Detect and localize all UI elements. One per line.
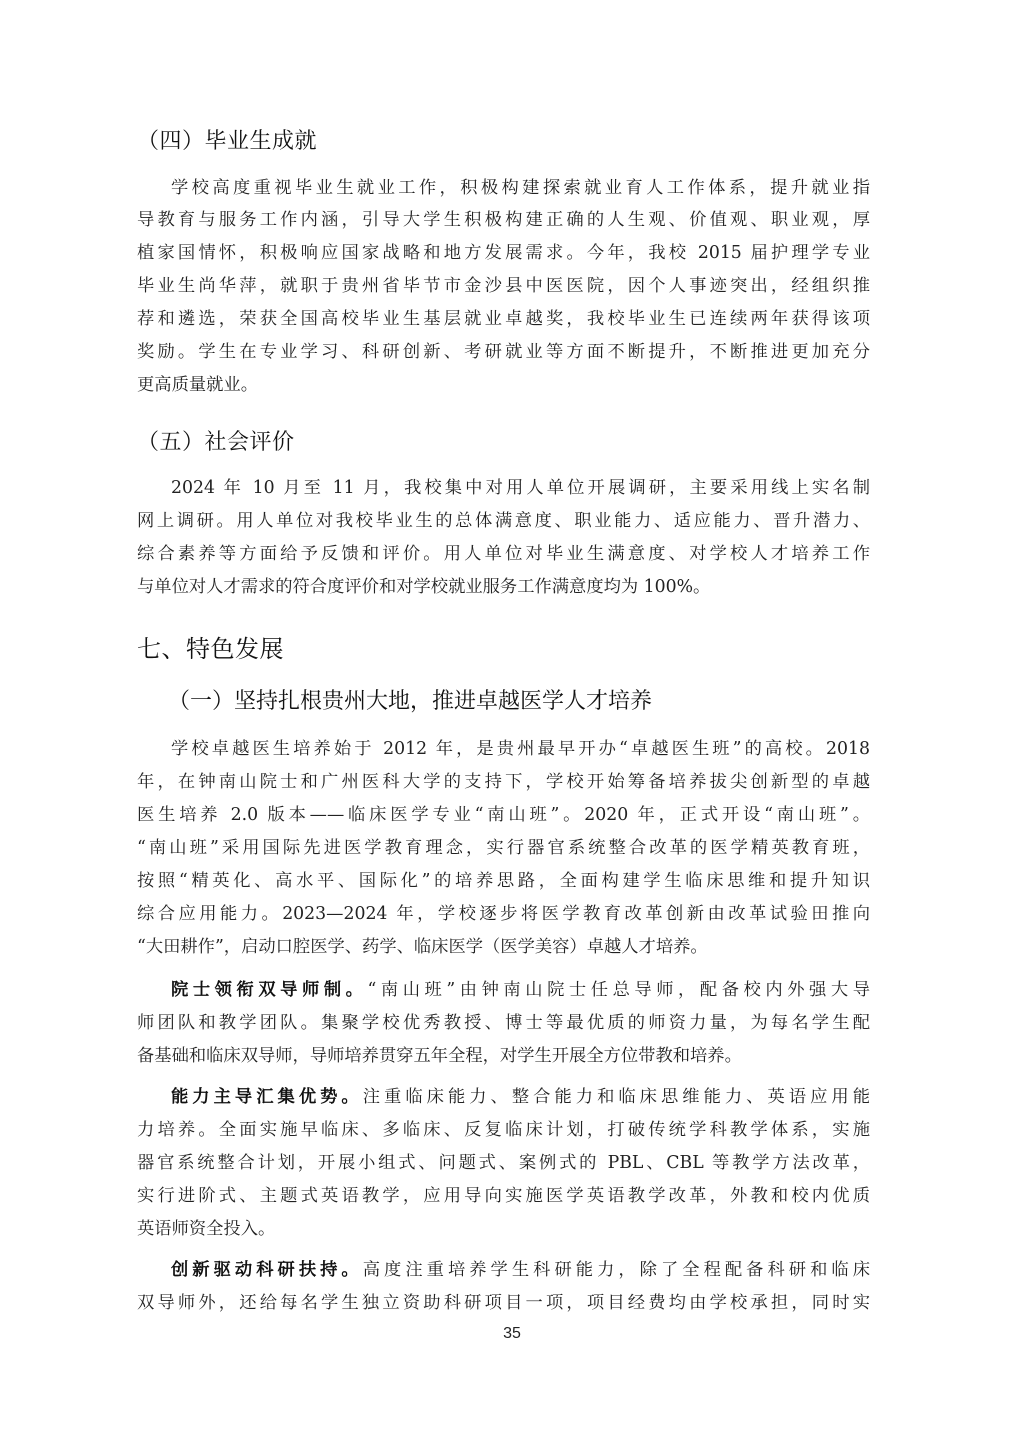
- bold-lead-innovation-driven: 创新驱动科研扶持。: [171, 1260, 363, 1280]
- paragraph-line: 实行进阶式、主题式英语教学，应用导向实施医学英语教学改革，外教和校内优质: [137, 1184, 870, 1208]
- paragraph-line: 植家国情怀，积极响应国家战略和地方发展需求。今年，我校 2015 届护理学专业: [137, 241, 870, 265]
- paragraph-line-dual-mentor: 院士领衔双导师制。“南山班”由钟南山院士任总导师，配备校内外强大导: [171, 978, 870, 1002]
- paragraph-line: 师团队和教学团队。集聚学校优秀教授、博士等最优质的师资力量，为每名学生配: [137, 1011, 870, 1035]
- paragraph-line: 导教育与服务工作内涵，引导大学生积极构建正确的人生观、价值观、职业观，厚: [137, 208, 870, 232]
- paragraph-line: 更高质量就业。: [137, 373, 870, 397]
- chapter-heading-featured-development: 七、特色发展: [137, 629, 284, 664]
- paragraph-line: 网上调研。用人单位对我校毕业生的总体满意度、职业能力、适应能力、晋升潜力、: [137, 509, 870, 533]
- page-number: 35: [0, 1325, 1024, 1343]
- paragraph-line: 力培养。全面实施早临床、多临床、反复临床计划，打破传统学科教学体系，实施: [137, 1118, 870, 1142]
- paragraph-line: 综合素养等方面给予反馈和评价。用人单位对毕业生满意度、对学校人才培养工作: [137, 542, 870, 566]
- paragraph-line: 英语师资全投入。: [137, 1217, 870, 1241]
- bold-lead-ability-led: 能力主导汇集优势。: [171, 1087, 363, 1107]
- paragraph-line-ability-led: 能力主导汇集优势。注重临床能力、整合能力和临床思维能力、英语应用能: [171, 1085, 870, 1109]
- paragraph-line: 双导师外，还给每名学生独立资助科研项目一项，项目经费均由学校承担，同时实: [137, 1291, 870, 1315]
- paragraph-line: 毕业生尚华萍，就职于贵州省毕节市金沙县中医医院，因个人事迹突出，经组织推: [137, 274, 870, 298]
- paragraph-line: 器官系统整合计划，开展小组式、问题式、案例式的 PBL、CBL 等教学方法改革，: [137, 1151, 870, 1175]
- section-heading-graduate-achievements: （四）毕业生成就: [137, 124, 317, 155]
- paragraph-line: 按照“精英化、高水平、国际化”的培养思路，全面构建学生临床思维和提升知识: [137, 869, 870, 893]
- paragraph-line: 综合应用能力。2023—2024 年，学校逐步将医学教育改革创新由改革试验田推向: [137, 902, 870, 926]
- paragraph-line: 年，在钟南山院士和广州医科大学的支持下，学校开始筹备培养拔尖创新型的卓越: [137, 770, 870, 794]
- paragraph-line: “大田耕作”，启动口腔医学、药学、临床医学（医学美容）卓越人才培养。: [137, 935, 870, 959]
- paragraph-text: 高度注重培养学生科研能力，除了全程配备科研和临床: [363, 1260, 870, 1280]
- paragraph-line: 学校卓越医生培养始于 2012 年，是贵州最早开办“卓越医生班”的高校。2018: [171, 737, 870, 761]
- paragraph-line: 荐和遴选，荣获全国高校毕业生基层就业卓越奖，我校毕业生已连续两年获得该项: [137, 307, 870, 331]
- paragraph-line: 备基础和临床双导师，导师培养贯穿五年全程，对学生开展全方位带教和培养。: [137, 1044, 870, 1068]
- section-heading-social-evaluation: （五）社会评价: [137, 425, 295, 456]
- paragraph-text: “南山班”由钟南山院士任总导师，配备校内外强大导: [367, 980, 870, 1000]
- paragraph-line: 医生培养 2.0 版本——临床医学专业“南山班”。2020 年，正式开设“南山班…: [137, 803, 870, 827]
- subsection-heading-zhuoyue: （一）坚持扎根贵州大地，推进卓越医学人才培养: [168, 684, 652, 715]
- paragraph-line: “南山班”采用国际先进医学教育理念，实行器官系统整合改革的医学精英教育班，: [137, 836, 870, 860]
- paragraph-line: 奖励。学生在专业学习、科研创新、考研就业等方面不断提升，不断推进更加充分: [137, 340, 870, 364]
- paragraph-line: 学校高度重视毕业生就业工作，积极构建探索就业育人工作体系，提升就业指: [171, 176, 870, 200]
- paragraph-text: 注重临床能力、整合能力和临床思维能力、英语应用能: [363, 1087, 870, 1107]
- paragraph-line-innovation-driven: 创新驱动科研扶持。高度注重培养学生科研能力，除了全程配备科研和临床: [171, 1258, 870, 1282]
- paragraph-line: 2024 年 10 月至 11 月，我校集中对用人单位开展调研，主要采用线上实名…: [171, 476, 870, 500]
- bold-lead-dual-mentor: 院士领衔双导师制。: [171, 980, 367, 1000]
- document-page: （四）毕业生成就 学校高度重视毕业生就业工作，积极构建探索就业育人工作体系，提升…: [0, 0, 1024, 1448]
- paragraph-line: 与单位对人才需求的符合度评价和对学校就业服务工作满意度均为 100%。: [137, 575, 870, 599]
